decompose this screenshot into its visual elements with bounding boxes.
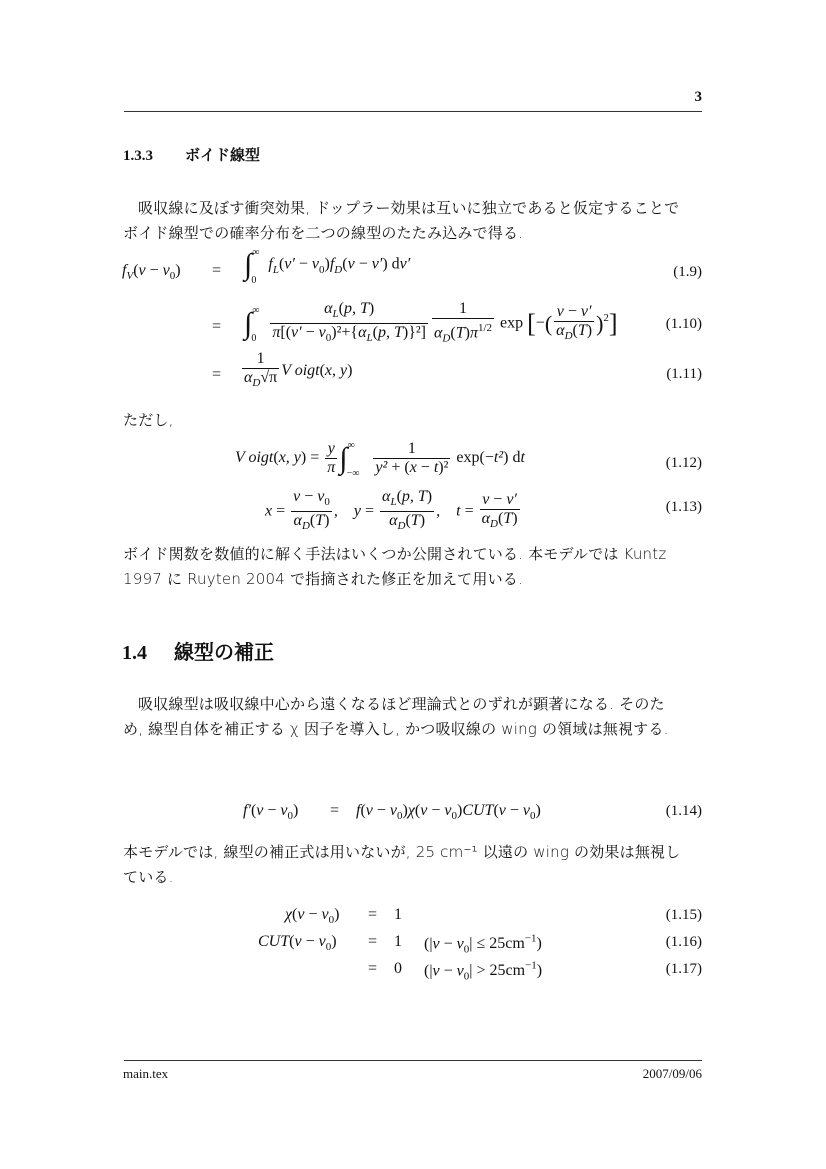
eq-1-17-condition: (|ν − ν0| > 25cm−1) <box>424 960 542 983</box>
eq-number: (1.15) <box>666 907 702 924</box>
footer-date: 2007/09/06 <box>643 1066 702 1082</box>
eq-1-16-lhs: CUT(ν − ν0) <box>258 933 337 953</box>
paragraph-where: ただし, <box>123 408 703 433</box>
footer-rule <box>124 1060 702 1061</box>
eq-1-10-equals: = <box>212 318 221 336</box>
eq-number: (1.9) <box>673 264 702 281</box>
section-heading: 1.4線型の補正 <box>122 636 274 665</box>
section-number: 1.4 <box>122 642 174 665</box>
eq-1-16-rhs: 1 <box>394 933 402 951</box>
eq-1-16-equals: = <box>368 933 377 951</box>
eq-1-13-body: x = ν − ν0αD(T), y = αL(p, T)αD(T), t = … <box>265 488 522 535</box>
document-page: 3 1.3.3ボイド線型 吸収線に及ぼす衝突効果, ドップラー効果は互いに独立で… <box>0 0 826 1169</box>
eq-1-12-body: V oigt(x, y) = yπ∫∞−∞ 1y² + (x − t)² exp… <box>235 440 525 477</box>
eq-1-9-equals: = <box>212 262 221 280</box>
eq-1-14-equals: = <box>330 802 339 820</box>
eq-1-11-equals: = <box>212 366 221 384</box>
eq-number: (1.16) <box>666 934 702 951</box>
eq-1-11-rhs: 1αD√πV oigt(x, y) <box>240 350 352 392</box>
paragraph-voigt-methods: ボイド関数を数値的に解く手法はいくつか公開されている. 本モデルでは Kuntz… <box>123 542 703 592</box>
eq-number: (1.17) <box>666 961 702 978</box>
header-rule <box>124 111 702 112</box>
eq-number: (1.10) <box>666 316 702 333</box>
footer-filename: main.tex <box>123 1066 168 1082</box>
eq-1-9-lhs: fV(ν − ν0) <box>122 262 181 282</box>
eq-1-15-equals: = <box>368 906 377 924</box>
section-title: 線型の補正 <box>174 642 274 664</box>
subsection-title: ボイド線型 <box>185 147 260 164</box>
subsection-heading: 1.3.3ボイド線型 <box>123 144 260 165</box>
eq-1-15-lhs: χ(ν − ν0) <box>285 906 339 926</box>
eq-number: (1.14) <box>666 803 702 820</box>
eq-number: (1.12) <box>666 455 702 472</box>
eq-1-17-equals: = <box>368 960 377 978</box>
paragraph-line-correction: 吸収線型は吸収線中心から遠くなるほど理論式とのずれが顕著になる. そのた め, … <box>123 692 703 742</box>
eq-1-9-rhs: ∫∞0 fL(ν′ − ν0)fD(ν − ν′) dν′ <box>244 248 410 282</box>
paragraph-model-wing: 本モデルでは, 線型の補正式は用いないが, 25 cm⁻¹ 以遠の wing の… <box>123 840 703 890</box>
eq-1-15-rhs: 1 <box>394 906 402 924</box>
eq-1-17-rhs: 0 <box>394 960 402 978</box>
paragraph-convolution: 吸収線に及ぼす衝突効果, ドップラー効果は互いに独立であると仮定することで ボイ… <box>123 196 703 246</box>
eq-1-10-rhs: ∫∞0 αL(p, T)π[(ν′ − ν0)²+{αL(p, T)}²]1αD… <box>244 300 618 348</box>
eq-1-14-rhs: f(ν − ν0)χ(ν − ν0)CUT(ν − ν0) <box>356 802 541 822</box>
eq-1-16-condition: (|ν − ν0| ≤ 25cm−1) <box>424 933 542 956</box>
page-number: 3 <box>695 89 703 106</box>
eq-number: (1.13) <box>666 499 702 516</box>
eq-1-14-lhs: f′(ν − ν0) <box>243 802 298 822</box>
subsection-number: 1.3.3 <box>123 148 185 165</box>
eq-number: (1.11) <box>666 366 702 383</box>
